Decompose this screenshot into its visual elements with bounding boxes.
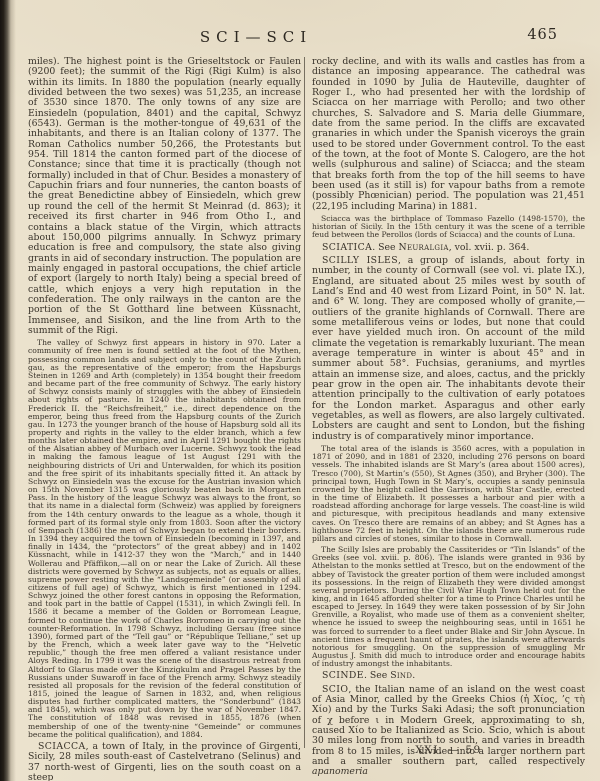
paragraph-schwyz-statistics: miles). The highest point is the Griesel… bbox=[28, 57, 301, 336]
entry-scilly-isles: SCILLY ISLES, a group of islands, about … bbox=[312, 256, 585, 442]
book-page: SCI—SCI 465 miles). The highest point is… bbox=[0, 0, 600, 781]
paragraph-scilly-statistics: The total area of the islands is 3560 ac… bbox=[312, 445, 585, 543]
entry-sciatica-post: , vol. xvii. p. 364. bbox=[449, 242, 530, 253]
paragraph-sciacca-history: Sciacca was the birthplace of Tommaso Fa… bbox=[312, 215, 585, 239]
column-rule bbox=[304, 57, 305, 748]
entry-sciatica-crossref: Neuralgia bbox=[399, 242, 449, 253]
entry-sciatica: SCIATICA. See Neuralgia, vol. xvii. p. 3… bbox=[312, 243, 585, 253]
entry-scio: SCIO, the Italian name of an island on t… bbox=[312, 685, 585, 778]
entry-scio-italic-term: apanomeria bbox=[312, 766, 368, 777]
paragraph-scilly-history: The Scilly Isles are probably the Cassit… bbox=[312, 546, 585, 668]
paragraph-schwyz-history: The valley of Schwyz first appears in hi… bbox=[28, 339, 301, 739]
page-gutter-shadow bbox=[0, 0, 16, 781]
entry-scinde: SCINDE. See Sind. bbox=[312, 671, 585, 681]
entry-sciatica-pre: . See bbox=[372, 242, 398, 253]
page-number: 465 bbox=[527, 27, 558, 43]
entry-scinde-post: . bbox=[412, 670, 415, 681]
headword-sciacca: SCIACCA bbox=[38, 741, 86, 752]
running-head: SCI—SCI bbox=[0, 28, 512, 46]
volume-signature: XXI. — 59 bbox=[312, 744, 585, 756]
entry-scinde-pre: . See bbox=[364, 670, 390, 681]
headword-scilly-isles: SCILLY ISLES bbox=[322, 255, 398, 266]
entry-sciacca: SCIACCA, a town of Italy, in the provinc… bbox=[28, 742, 301, 781]
entry-scilly-text: , a group of islands, about forty in num… bbox=[312, 255, 585, 442]
entry-scinde-crossref: Sind bbox=[390, 670, 412, 681]
headword-scinde: SCINDE bbox=[322, 670, 364, 681]
headword-scio: SCIO bbox=[322, 684, 348, 695]
headword-sciatica: SCIATICA bbox=[322, 242, 372, 253]
right-column: rocky decline, and with its walls and ca… bbox=[312, 57, 585, 778]
paragraph-sciacca-description: rocky decline, and with its walls and ca… bbox=[312, 57, 585, 212]
left-column: miles). The highest point is the Griesel… bbox=[28, 57, 301, 781]
